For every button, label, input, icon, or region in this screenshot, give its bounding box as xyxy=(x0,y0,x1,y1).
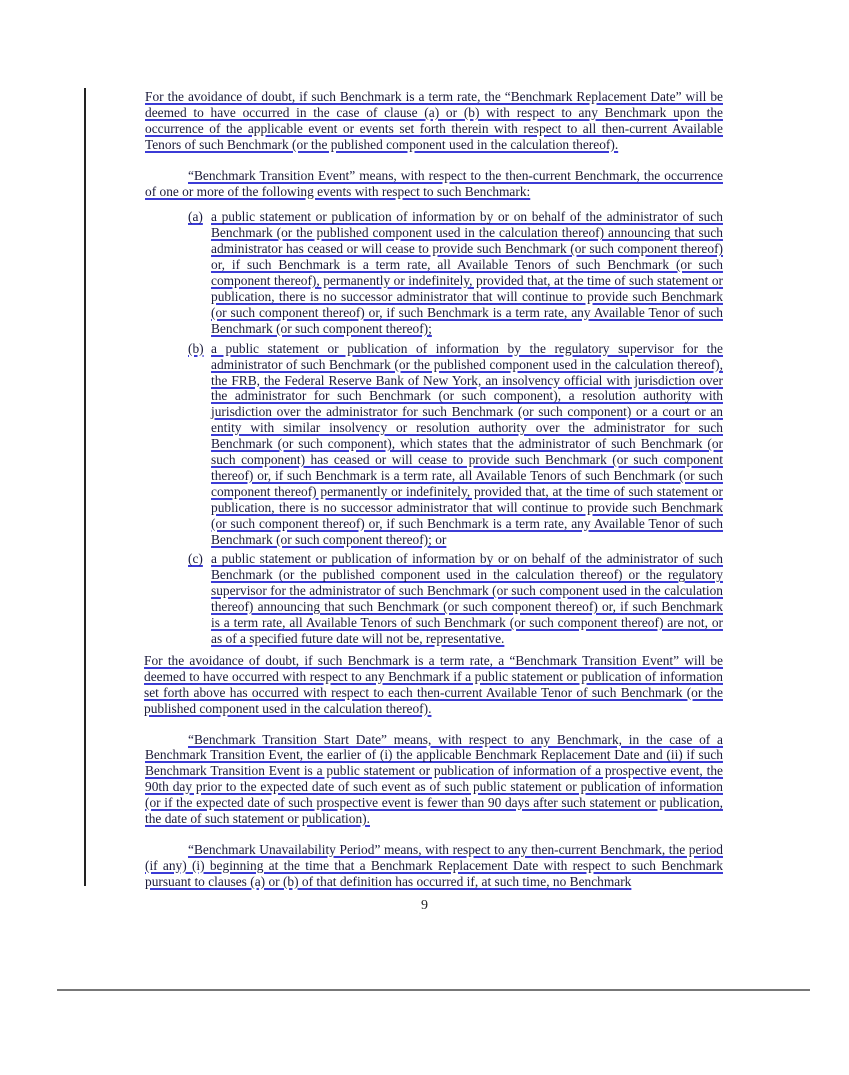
document-page: For the avoidance of doubt, if such Benc… xyxy=(0,0,849,1075)
paragraph-replacement-date-doubt: For the avoidance of doubt, if such Benc… xyxy=(145,89,723,153)
inserted-text: For the avoidance of doubt, if such Benc… xyxy=(144,653,723,716)
list-item-text: a public statement or publication of inf… xyxy=(211,209,723,335)
inserted-text: “Benchmark Transition Start Date” means,… xyxy=(145,732,723,827)
paragraph-transition-event-definition: “Benchmark Transition Event” means, with… xyxy=(145,168,723,200)
page-footer-rule xyxy=(57,989,810,991)
list-item-text: a public statement or publication of inf… xyxy=(211,551,723,646)
list-item-label: (b) xyxy=(188,341,204,357)
list-item-label: (c) xyxy=(188,551,203,567)
paragraph-transition-event-doubt: For the avoidance of doubt, if such Benc… xyxy=(144,653,723,717)
inserted-text: For the avoidance of doubt, if such Benc… xyxy=(145,89,723,152)
paragraph-unavailability-period: “Benchmark Unavailability Period” means,… xyxy=(145,842,723,890)
revision-change-bar xyxy=(84,88,86,886)
list-item-label: (a) xyxy=(188,209,203,225)
page-number: 9 xyxy=(0,898,849,914)
document-body: For the avoidance of doubt, if such Benc… xyxy=(145,89,723,905)
transition-event-list: (a) a public statement or publication of… xyxy=(145,209,723,646)
inserted-text: “Benchmark Unavailability Period” means,… xyxy=(145,842,723,889)
list-item-text: a public statement or publication of inf… xyxy=(211,341,723,547)
list-item-c: (c) a public statement or publication of… xyxy=(188,551,723,646)
list-item-a: (a) a public statement or publication of… xyxy=(188,209,723,336)
paragraph-transition-start-date: “Benchmark Transition Start Date” means,… xyxy=(145,732,723,827)
inserted-text: “Benchmark Transition Event” means, with… xyxy=(145,168,723,199)
list-item-b: (b) a public statement or publication of… xyxy=(188,341,723,548)
